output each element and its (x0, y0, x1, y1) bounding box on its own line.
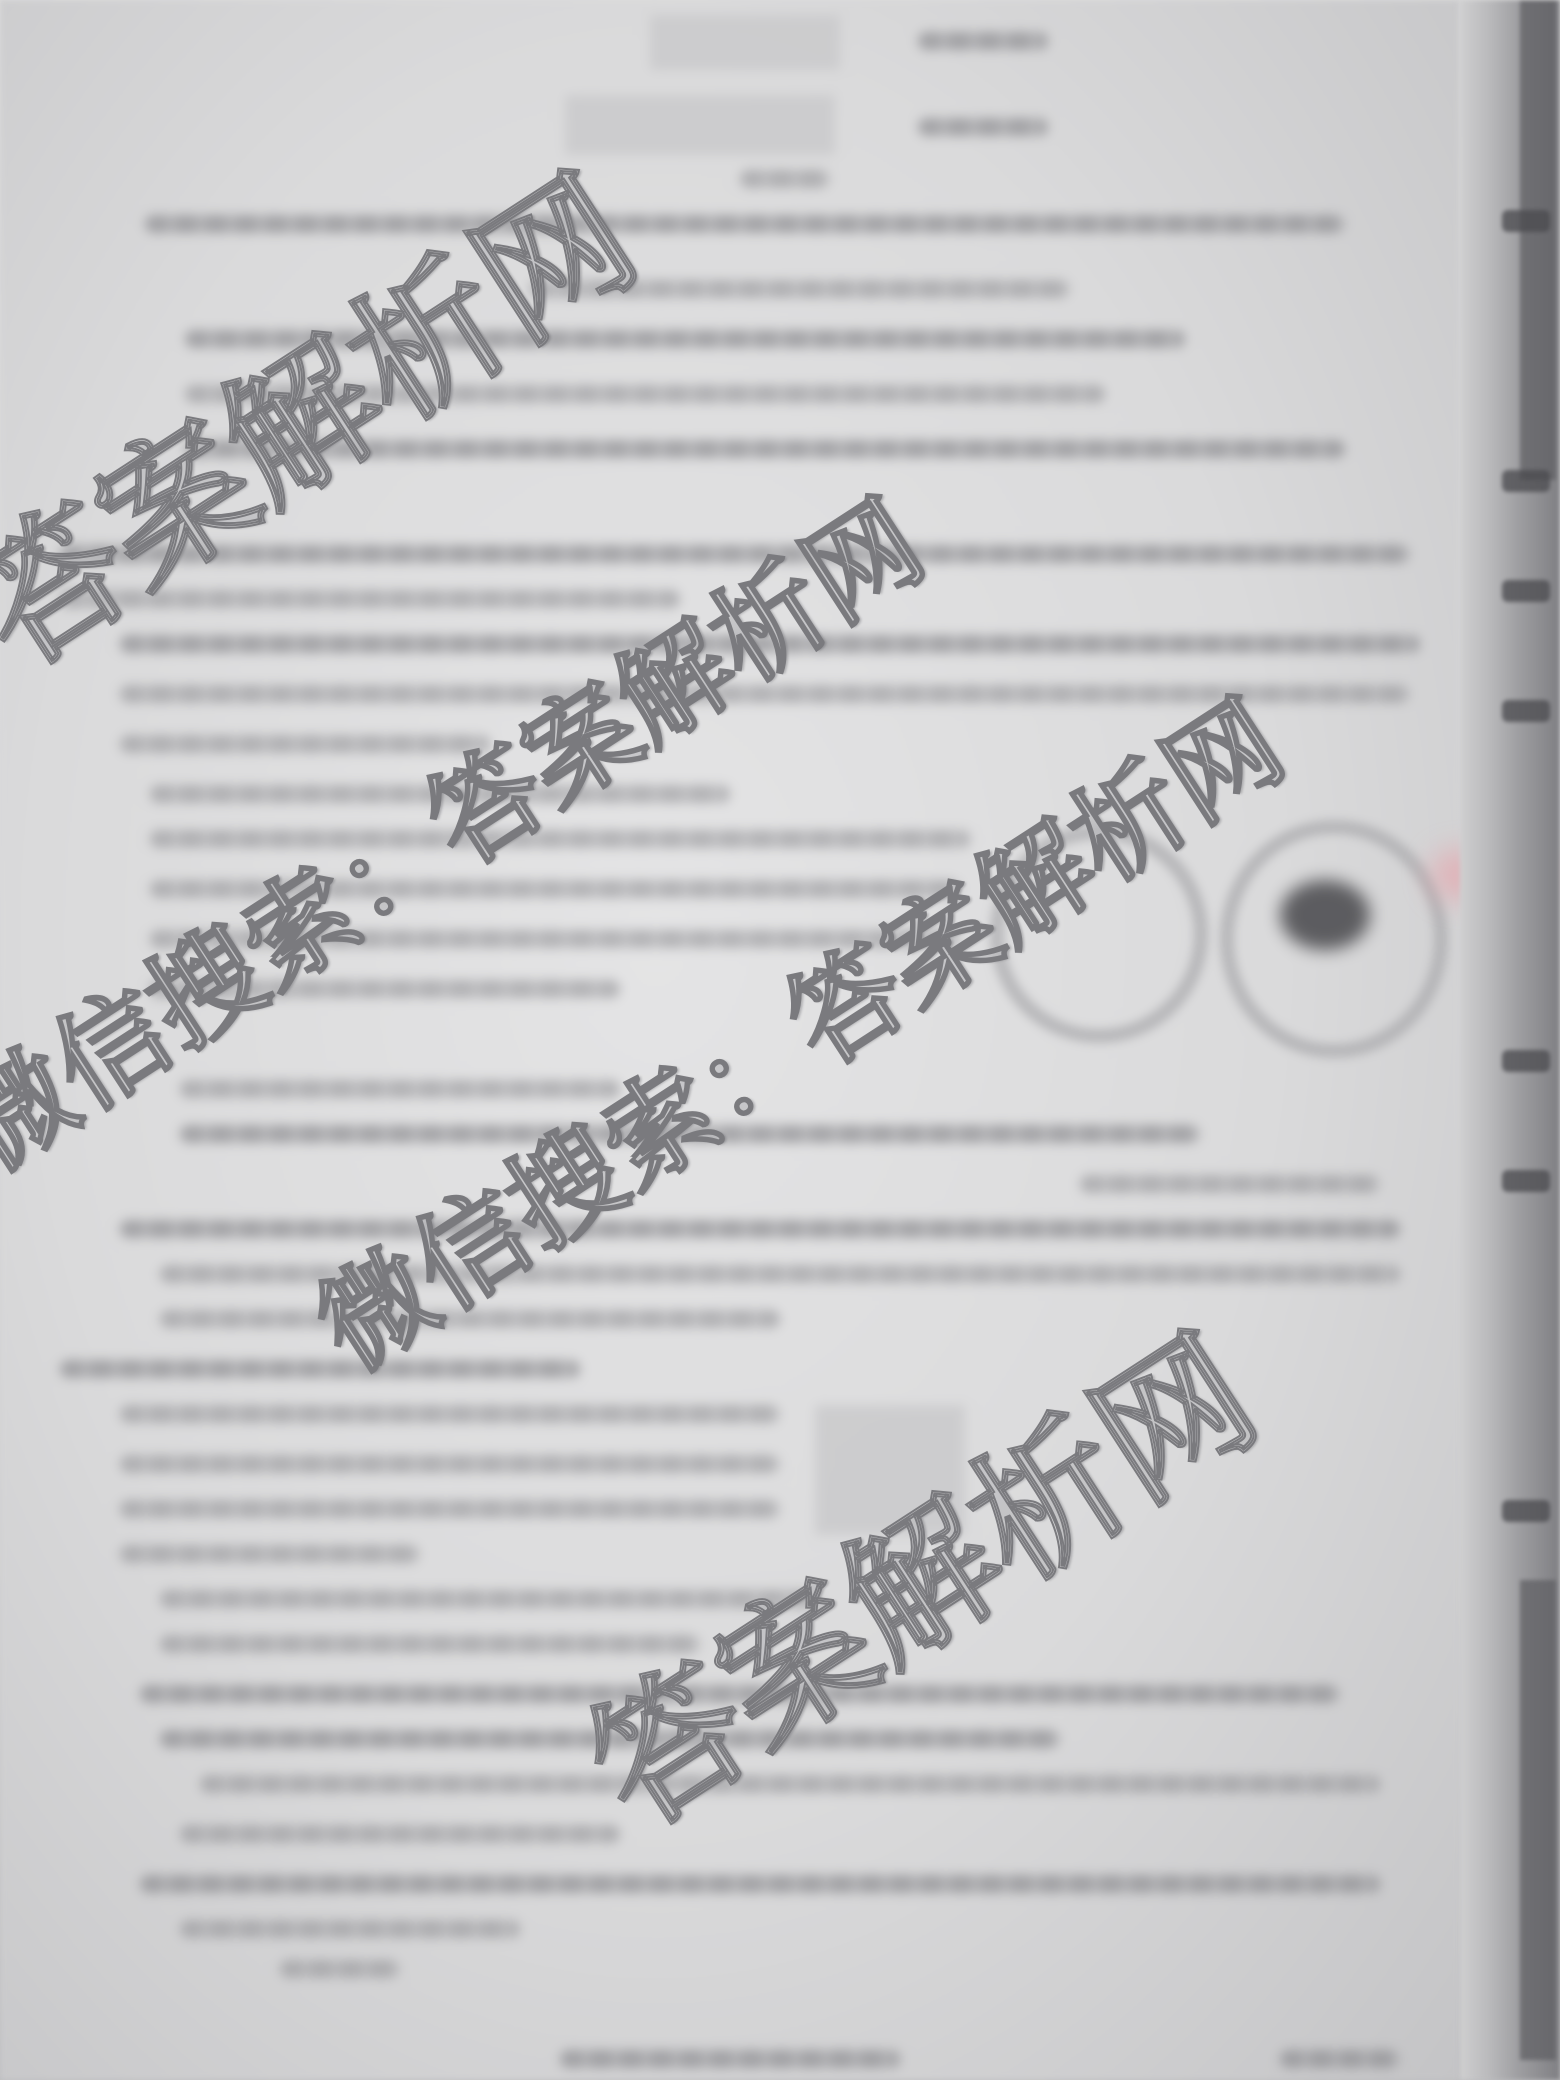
text-line (180, 1825, 620, 1843)
text-line (120, 1405, 780, 1423)
text-line (180, 1920, 520, 1938)
page-binding-edge (1460, 0, 1560, 2080)
text-line (145, 215, 1345, 233)
section-label (740, 170, 830, 188)
text-line (120, 1500, 780, 1518)
text-line (280, 1960, 400, 1978)
figure-dark-spot (1280, 880, 1370, 950)
text-line (140, 1875, 1380, 1893)
text-line (60, 1360, 580, 1378)
footer-page (1280, 2050, 1400, 2068)
header-text-2 (918, 118, 1048, 136)
header-field-2 (565, 95, 835, 155)
text-line (120, 1220, 1400, 1238)
footer-text (560, 2050, 900, 2068)
text-line (1080, 1175, 1380, 1193)
header-text-1 (918, 32, 1048, 50)
text-line (120, 1455, 780, 1473)
header-field-1 (650, 15, 840, 70)
text-line (120, 1545, 420, 1563)
